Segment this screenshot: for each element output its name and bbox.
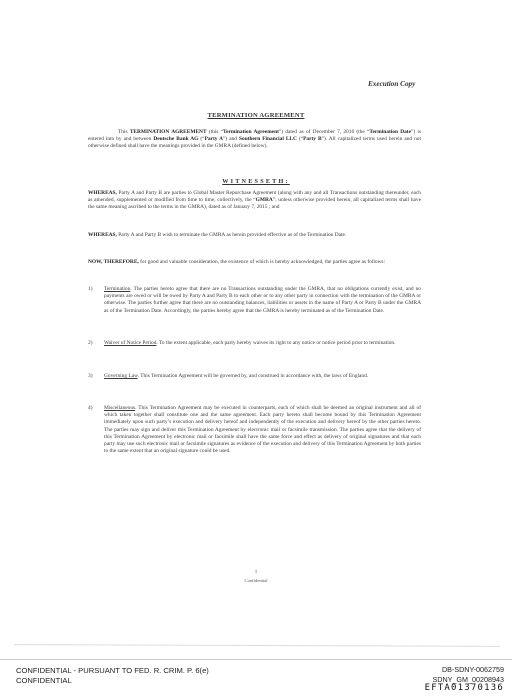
bates-number-efta: EFTA01370136	[425, 684, 504, 694]
clause-number: 1)	[88, 286, 93, 293]
bates-stamp: DB-SDNY-0062759 SDNY_GM_00208943 EFTA013…	[425, 665, 504, 694]
witnesseth-heading: WITNESSETH:	[0, 178, 512, 185]
text: ”) dated as of December 7, 2016 (the “	[279, 129, 370, 135]
defined-term: Party A	[205, 136, 223, 142]
confidentiality-stamp: CONFIDENTIAL - PURSUANT TO FED. R. CRIM.…	[16, 666, 209, 686]
clause-2-waiver: 2) Waiver of Notice Period. To the exten…	[88, 340, 421, 347]
page-confidential-label: Confidential	[0, 578, 512, 583]
clause-heading: Waiver of Notice Period	[104, 340, 156, 346]
defined-term: Termination Agreement	[223, 129, 279, 135]
text: (this “	[207, 129, 223, 135]
clause-text: . This Termination Agreement will be gov…	[138, 373, 369, 379]
now-therefore-lead: NOW, THEREFORE,	[88, 259, 139, 265]
text: ”) and	[223, 136, 239, 142]
clause-heading: Governing Law	[104, 373, 138, 379]
whereas-lead: WHEREAS,	[88, 190, 117, 196]
clause-number: 2)	[88, 340, 93, 347]
clause-number: 4)	[88, 405, 93, 412]
text: Party A and Party B wish to terminate th…	[117, 232, 346, 238]
execution-copy-label: Execution Copy	[368, 80, 415, 88]
text: This	[118, 129, 130, 135]
intro-paragraph: This TERMINATION AGREEMENT (this “Termin…	[88, 129, 421, 151]
page-number: 1	[0, 570, 512, 575]
clause-text: . The parties hereto agree that there ar…	[104, 286, 421, 314]
clause-text: . This Termination Agreement may be exec…	[104, 405, 421, 454]
text: for good and valuable consideration, the…	[139, 259, 385, 265]
whereas-lead: WHEREAS,	[88, 232, 117, 238]
defined-term: Termination Date	[369, 129, 411, 135]
defined-term: GMRA	[256, 197, 273, 203]
clause-4-miscellaneous: 4) Miscellaneous. This Termination Agree…	[88, 405, 421, 455]
party-a-name: Deutsche Bank AG	[153, 136, 198, 142]
clause-text: . To the extent applicable, each party h…	[156, 340, 395, 346]
clause-number: 3)	[88, 373, 93, 380]
footer-divider	[0, 659, 512, 660]
clause-3-governing-law: 3) Governing Law. This Termination Agree…	[88, 373, 421, 380]
clause-1-termination: 1) Termination. The parties hereto agree…	[88, 286, 421, 315]
clause-heading: Miscellaneous	[104, 405, 135, 411]
defined-term: TERMINATION AGREEMENT	[130, 129, 207, 135]
confidentiality-notice: CONFIDENTIAL - PURSUANT TO FED. R. CRIM.…	[16, 666, 209, 676]
document-page: Execution Copy TERMINATION AGREEMENT Thi…	[0, 0, 512, 699]
document-title: TERMINATION AGREEMENT	[0, 112, 512, 119]
party-b-name: Southern Financial LLC	[239, 136, 297, 142]
defined-term: Party B	[303, 136, 321, 142]
now-therefore-paragraph: NOW, THEREFORE, for good and valuable co…	[88, 259, 421, 266]
whereas-paragraph-1: WHEREAS, Party A and Party B are parties…	[88, 190, 421, 212]
bates-number-db: DB-SDNY-0062759	[425, 665, 504, 675]
confidential-label: CONFIDENTIAL	[16, 676, 209, 686]
scan-edge-line	[14, 644, 500, 647]
clause-heading: Termination	[104, 286, 130, 292]
whereas-paragraph-2: WHEREAS, Party A and Party B wish to ter…	[88, 232, 421, 239]
